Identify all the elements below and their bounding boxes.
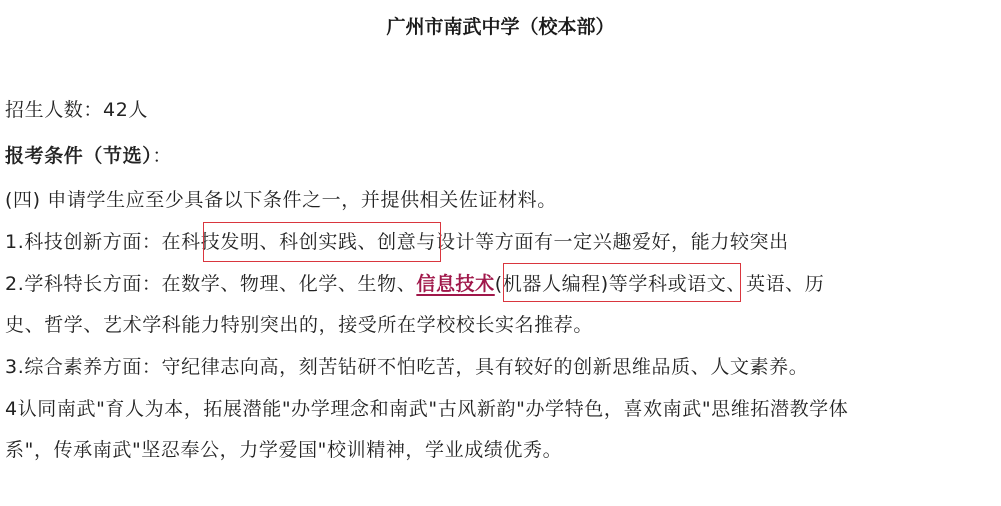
item-3-overall-quality: 3.综合素养方面：守纪律志向高，刻苦钻研不怕吃苦，具有较好的创新思维品质、人文素… xyxy=(5,354,808,380)
item-4-school-values: 4认同南武"育人为本，拓展潜能"办学理念和南武"古风新韵"办学特色，喜欢南武"思… xyxy=(5,396,848,422)
enrollment-value: 42人 xyxy=(103,99,148,121)
item-2-prefix: 2.学科特长方面：在数学、物理、化学、生物、 xyxy=(5,273,416,295)
item-2-suffix: 等学科或语文、英语、历 xyxy=(609,273,825,295)
item-2-highlighted-rest: (机器人编程) xyxy=(495,273,609,295)
enrollment-label: 招生人数： xyxy=(5,99,103,121)
info-tech-link[interactable]: 信息技术 xyxy=(416,273,494,295)
item-2-continuation: 史、哲学、艺术学科能力特别突出的，接受所在学校校长实名推荐。 xyxy=(5,312,593,338)
item-4-continuation: 系"，传承南武"坚忍奉公，力学爱国"校训精神，学业成绩优秀。 xyxy=(5,437,562,463)
item-1-suffix: 创意与设计等方面有一定兴趣爱好，能力较突出 xyxy=(377,231,789,253)
item-1-prefix: 1.科技创新方面：在 xyxy=(5,231,181,253)
requirements-heading: 报考条件（节选）： xyxy=(5,143,172,169)
requirements-heading-label: 报考条件（节选） xyxy=(5,145,152,167)
enrollment-line: 招生人数：42人 xyxy=(5,97,148,123)
item-1-tech-innovation: 1.科技创新方面：在科技发明、科创实践、创意与设计等方面有一定兴趣爱好，能力较突… xyxy=(5,229,789,255)
page-title: 广州市南武中学（校本部） xyxy=(0,14,1001,40)
item-1-highlighted: 科技发明、科创实践、 xyxy=(181,231,377,253)
item-2-subject-specialty: 2.学科特长方面：在数学、物理、化学、生物、信息技术(机器人编程)等学科或语文、… xyxy=(5,271,824,297)
document-page: 广州市南武中学（校本部） 招生人数：42人 报考条件（节选）： (四) 申请学生… xyxy=(0,0,1001,506)
requirements-heading-colon: ： xyxy=(152,145,172,167)
section-intro: (四) 申请学生应至少具备以下条件之一，并提供相关佐证材料。 xyxy=(5,187,557,213)
